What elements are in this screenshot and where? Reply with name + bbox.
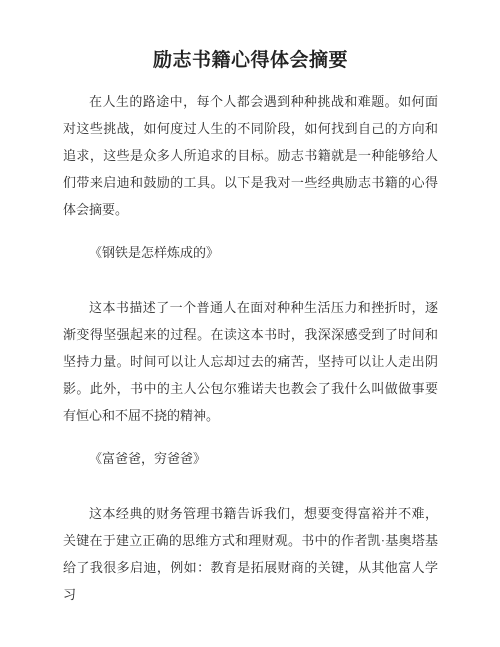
- book-title-steel: 《钢铁是怎样炼成的》: [63, 239, 438, 266]
- book-title-rich-dad: 《富爸爸，穷爸爸》: [63, 445, 438, 472]
- book-summary-steel: 这本书描述了一个普通人在面对种种生活压力和挫折时，逐渐变得坚强起来的过程。在读这…: [63, 294, 438, 429]
- document-page: 励志书籍心得体会摘要 在人生的路途中，每个人都会遇到种种挑战和难题。如何面对这些…: [0, 0, 500, 647]
- book-summary-rich-dad: 这本经典的财务管理书籍告诉我们，想要变得富裕并不难，关键在于建立正确的思维方式和…: [63, 500, 438, 608]
- document-title: 励志书籍心得体会摘要: [63, 46, 438, 76]
- intro-paragraph: 在人生的路途中，每个人都会遇到种种挑战和难题。如何面对这些挑战，如何度过人生的不…: [63, 88, 438, 223]
